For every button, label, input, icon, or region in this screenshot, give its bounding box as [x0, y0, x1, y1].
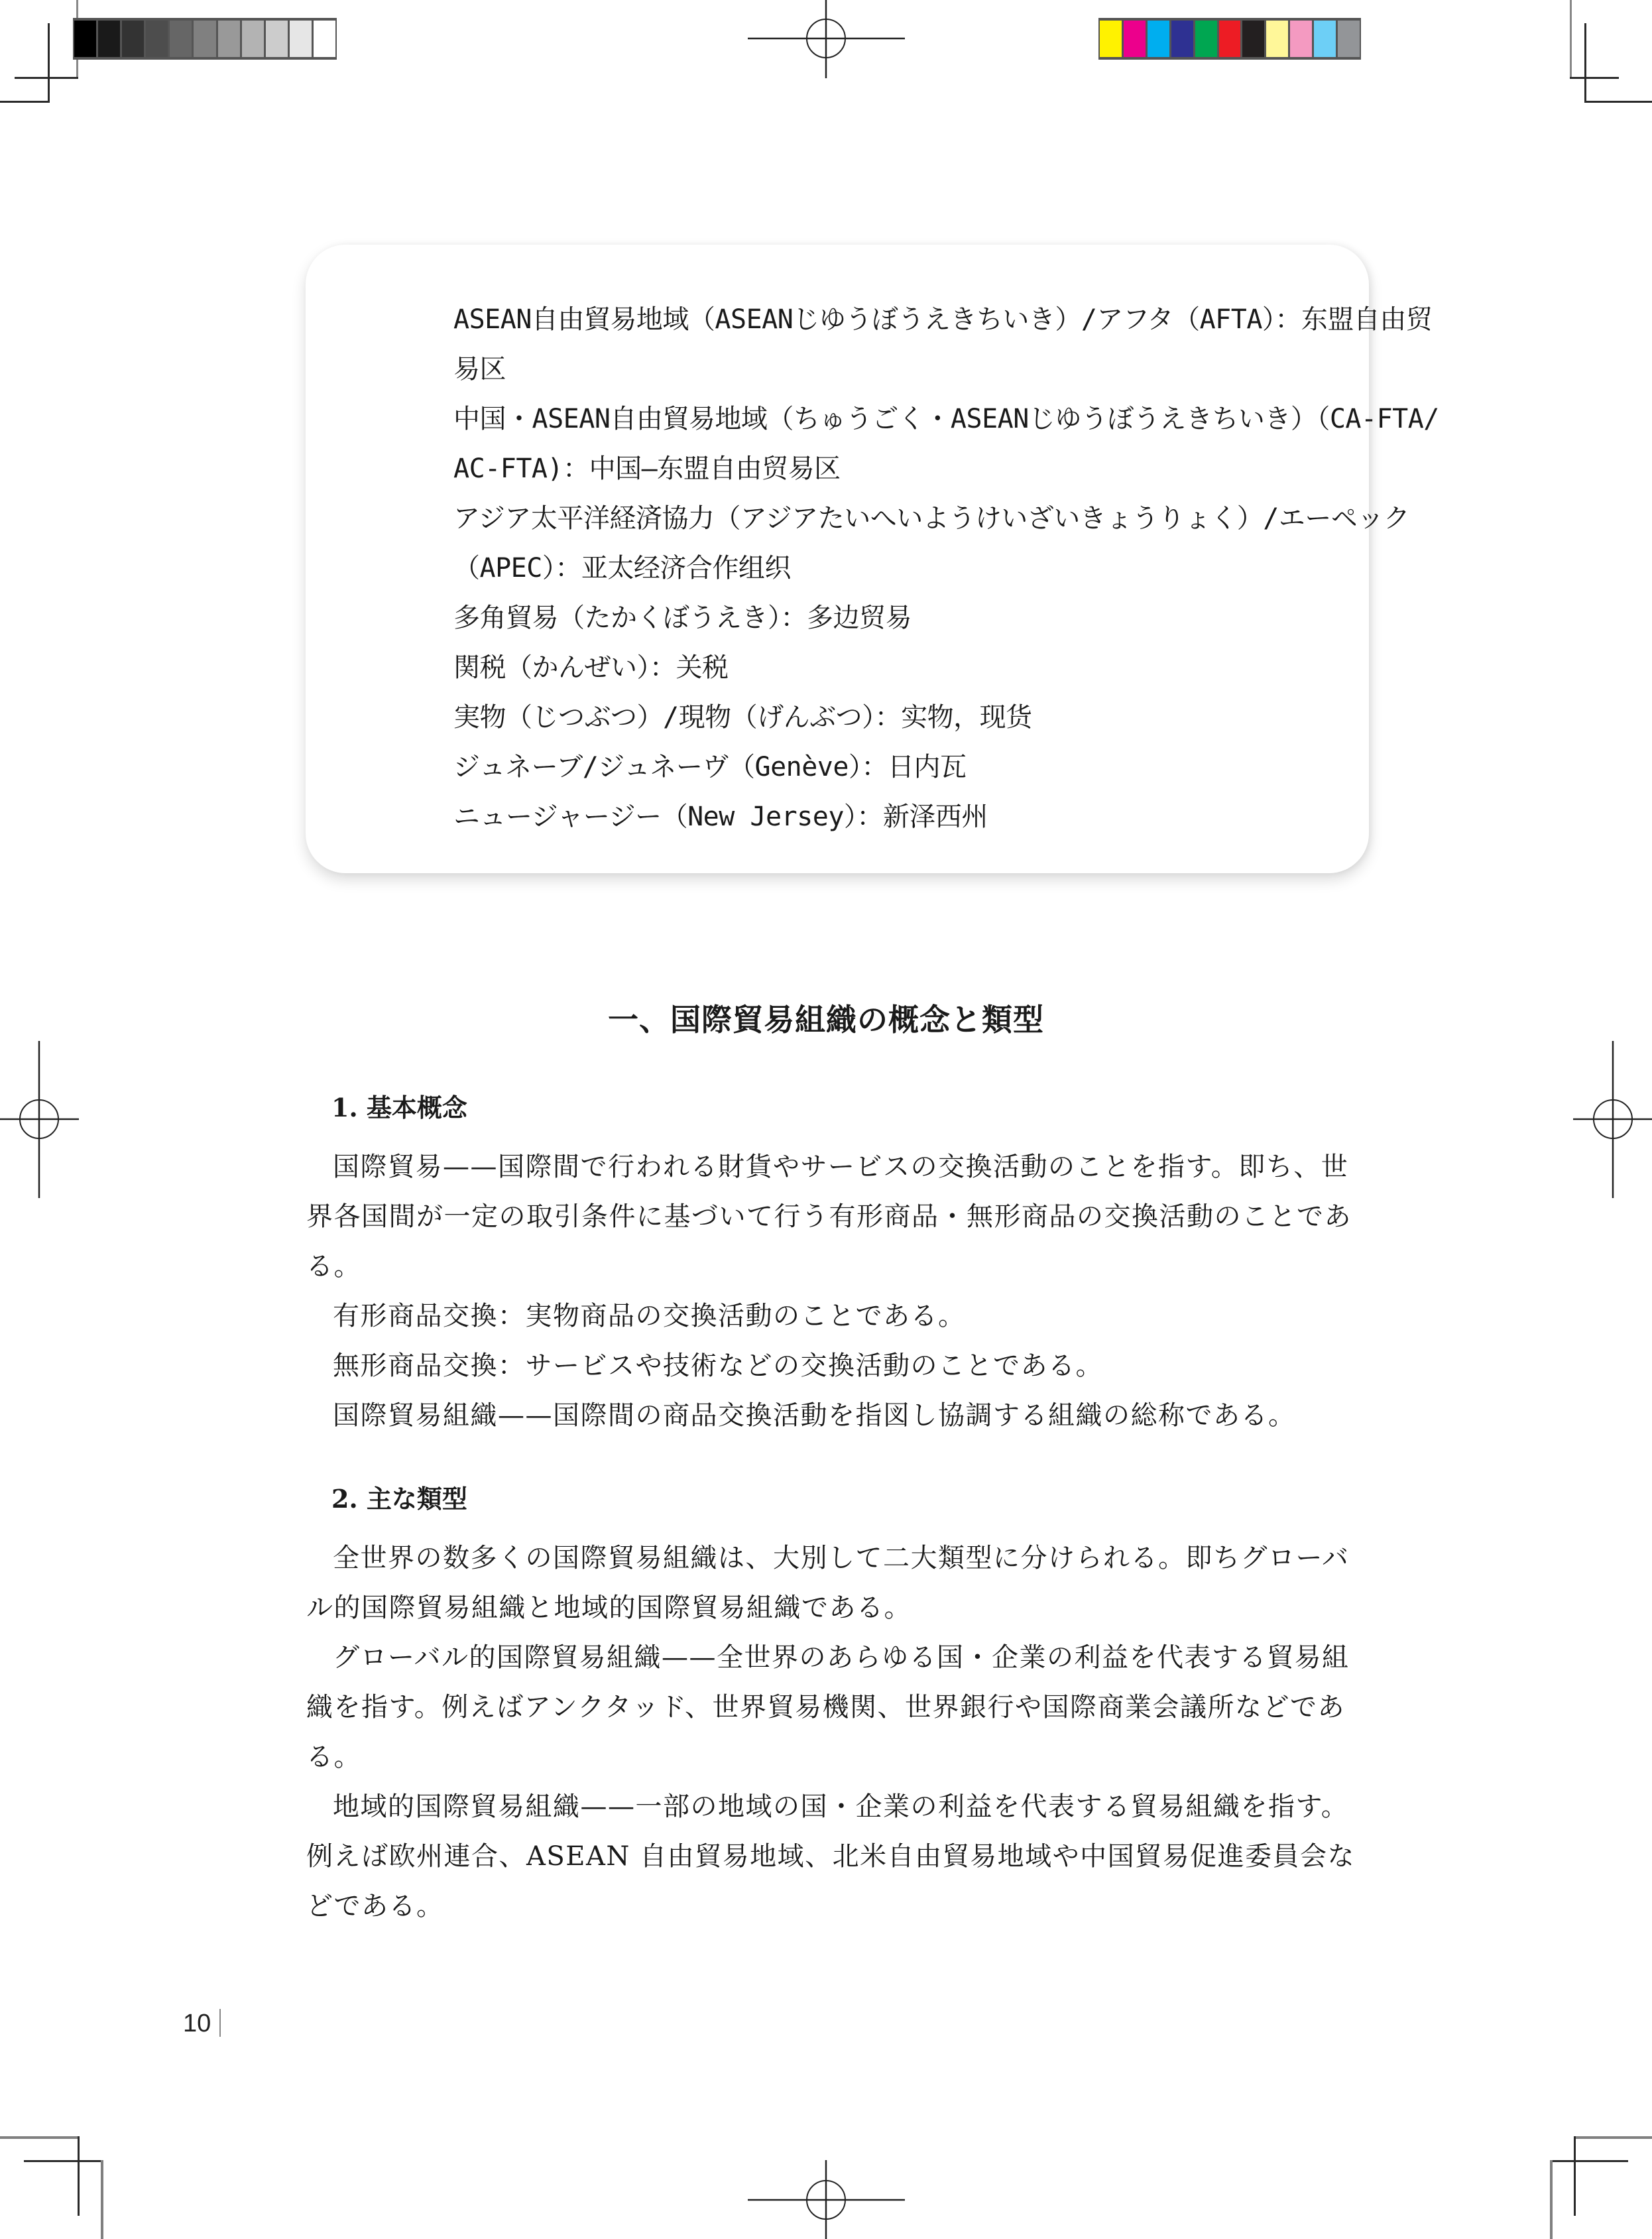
page-number-divider — [219, 2009, 221, 2037]
color-swatch — [1314, 21, 1336, 57]
paragraph: 有形商品交換：実物商品の交換活動のことである。 — [306, 1292, 1364, 1341]
section-title-text: 一、国際貿易組織の概念と類型 — [608, 1002, 1044, 1038]
paragraph: 国際貿易——国際間で行われる財貨やサービスの交換活動のことを指す。即ち、世界各国… — [306, 1142, 1364, 1292]
glossary-line: （APEC）：亚太经济合作组织 — [453, 544, 1368, 593]
registration-mark-left — [0, 1041, 80, 1200]
color-swatch — [218, 21, 240, 57]
glossary-line: 易区 — [453, 345, 1368, 394]
glossary-line: 中国・ASEAN自由貿易地域（ちゅうごく・ASEANじゆうぼうえきちいき）（CA… — [453, 394, 1368, 444]
color-swatch — [98, 21, 120, 57]
section-title: 一、国際貿易組織の概念と類型 — [0, 996, 1652, 1040]
subsection-body: 国際貿易——国際間で行われる財貨やサービスの交換活動のことを指す。即ち、世界各国… — [306, 1142, 1364, 1441]
paragraph: 全世界の数多くの国際貿易組織は、大別して二大類型に分けられる。即ちグローバル的国… — [306, 1534, 1364, 1633]
paragraph: グローバル的国際貿易組織——全世界のあらゆる国・企業の利益を代表する貿易組織を指… — [306, 1633, 1364, 1782]
glossary-line: アジア太平洋経済協力（アジアたいへいようけいざいきょうりょく）/エーペック — [453, 494, 1368, 544]
page-number: 10 — [183, 2010, 211, 2038]
registration-mark-top — [748, 0, 907, 80]
paragraph: 地域的国際貿易組織——一部の地域の国・企業の利益を代表する貿易組織を指す。例えば… — [306, 1782, 1364, 1931]
glossary-line: AC-FTA)：中国–东盟自由贸易区 — [453, 444, 1368, 494]
color-swatch — [74, 21, 96, 57]
color-swatch — [314, 21, 335, 57]
color-swatch — [266, 21, 288, 57]
color-swatch — [194, 21, 215, 57]
color-swatch — [290, 21, 312, 57]
paragraph: 無形商品交換：サービスや技術などの交換活動のことである。 — [306, 1341, 1364, 1391]
glossary-line: 多角貿易（たかくぼうえき）：多边贸易 — [453, 593, 1368, 643]
glossary-line: 実物（じつぶつ）/現物（げんぶつ）：实物，现货 — [453, 693, 1368, 743]
glossary-line: ASEAN自由貿易地域（ASEANじゆうぼうえきちいき）/アフタ（AFTA）：东… — [453, 295, 1368, 345]
color-swatch — [1338, 21, 1360, 57]
color-swatch — [146, 21, 168, 57]
subsection-body: 全世界の数多くの国際貿易組織は、大別して二大類型に分けられる。即ちグローバル的国… — [306, 1534, 1364, 1931]
color-swatch — [1290, 21, 1312, 57]
color-swatch — [1219, 21, 1241, 57]
color-swatch — [242, 21, 264, 57]
subsection-heading: 1. 基本概念 — [331, 1087, 467, 1124]
color-swatch — [1148, 21, 1169, 57]
grayscale-calibration-bar — [73, 18, 337, 60]
registration-mark-right — [1573, 1041, 1652, 1200]
color-swatch — [1242, 21, 1264, 57]
color-swatch — [1124, 21, 1146, 57]
glossary-line: ニュージャージー（New Jersey）：新泽西州 — [453, 792, 1368, 842]
color-swatch — [1171, 21, 1193, 57]
color-swatch — [122, 21, 144, 57]
subsection-heading: 2. 主な類型 — [331, 1479, 467, 1515]
paragraph: 国際貿易組織——国際間の商品交換活動を指図し協調する組織の総称である。 — [306, 1391, 1364, 1441]
color-swatch — [1195, 21, 1217, 57]
color-swatch — [170, 21, 192, 57]
color-calibration-bar — [1098, 18, 1361, 60]
color-swatch — [1266, 21, 1288, 57]
glossary-line: 関税（かんぜい）：关税 — [453, 643, 1368, 693]
registration-mark-bottom — [748, 2160, 907, 2239]
color-swatch — [1100, 21, 1122, 57]
glossary-line: ジュネーブ/ジュネーヴ（Genève）：日内瓦 — [453, 743, 1368, 792]
glossary-list: ASEAN自由貿易地域（ASEANじゆうぼうえきちいき）/アフタ（AFTA）：东… — [453, 295, 1368, 842]
